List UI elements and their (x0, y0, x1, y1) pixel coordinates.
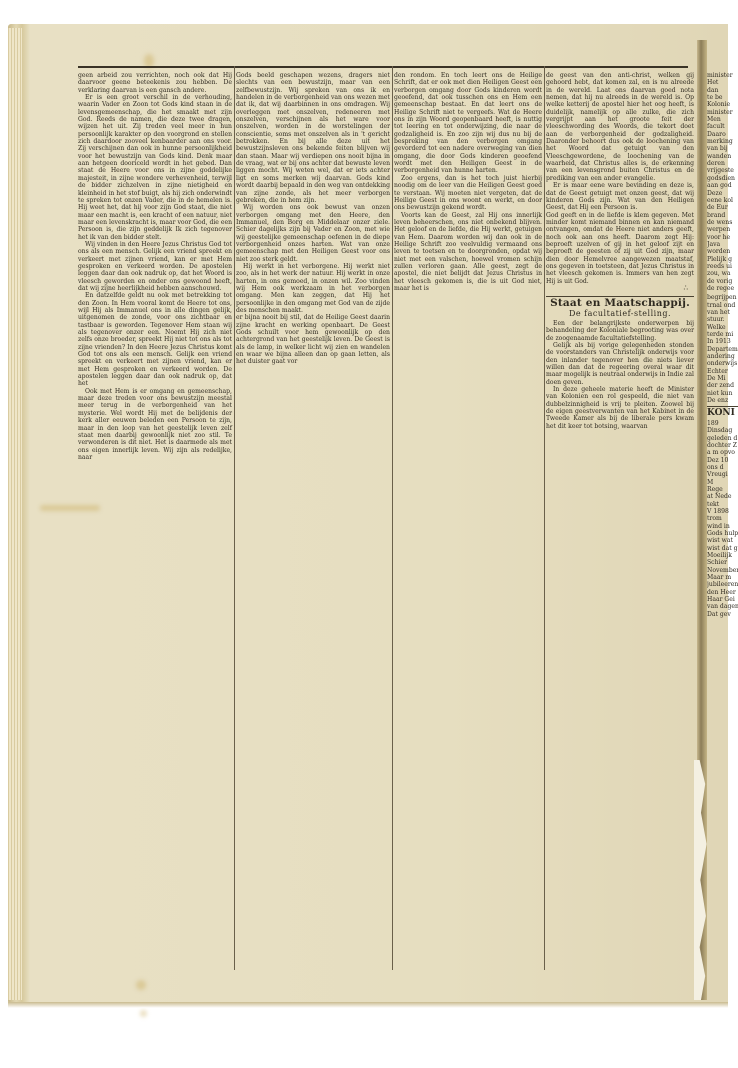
paragraph: Gods beeld geschapen wezens, dragers nie… (236, 72, 390, 204)
column-4: de geest van den anti-christ, welken gij… (546, 72, 694, 430)
page-edges (8, 28, 22, 1000)
section-heading-partial: KONI (707, 406, 738, 417)
paragraph: Ook met Hem is er omgang en gemeenschap,… (78, 388, 232, 461)
stain (136, 980, 146, 990)
column-divider (234, 66, 235, 970)
partial-text-mid: begrijpen trnal ond van het stuur. Welke… (707, 294, 738, 404)
paragraph: Gelijk als bij vorige gelegenheden stond… (546, 342, 694, 386)
paragraph: Wij vinden in den Heere Jezus Christus G… (78, 241, 232, 292)
column-divider (544, 66, 545, 970)
column-5-partial: minister Het dan te be Kolonie minister … (707, 72, 738, 618)
paragraph: de geest van den anti-christ, welken gij… (546, 72, 694, 182)
top-rule (78, 66, 688, 68)
paragraph: Een der belangrijkste onderwerpen bij be… (546, 320, 694, 342)
stain (140, 1010, 147, 1017)
paragraph: Zoo ergens, dan is het toch juist hierbi… (394, 175, 542, 212)
ornament-asterism: ∴ (546, 285, 694, 292)
stain (40, 505, 100, 511)
paragraph: den rondom. En toch leert ons de Heilige… (394, 72, 542, 175)
paragraph: er bijna nooit bij stil, dat de Heilige … (236, 314, 390, 365)
paragraph: Voorts kan de Geest, zal Hij ons innerli… (394, 212, 542, 293)
article-title: De facultatief-stelling. (546, 310, 694, 317)
paragraph: Er is een groot verschil in de verhoudin… (78, 94, 232, 241)
column-1: geen arbeid zou verrichten, noch ook dat… (78, 72, 232, 461)
paragraph: Wij worden ons ook bewust van onzen verb… (236, 204, 390, 263)
section-heading: Staat en Maatschappij. (546, 296, 694, 307)
column-3: den rondom. En toch leert ons de Heilige… (394, 72, 542, 292)
paragraph: In deze geheele materie heeft de Ministe… (546, 386, 694, 430)
paragraph: geen arbeid zou verrichten, noch ook dat… (78, 72, 232, 94)
paragraph: Er is maar eene ware bevinding en deze i… (546, 182, 694, 211)
partial-text-bottom: 189 Dinsdag geleden d dochter Z a m opvo… (707, 420, 738, 618)
paragraph: En datzelfde geldt nu ook met betrekking… (78, 292, 232, 387)
paragraph: Hij werkt in het verborgene. Hij werkt n… (236, 263, 390, 314)
partial-text-top: minister Het dan te be Kolonie minister … (707, 72, 738, 292)
page-bottom-edge (8, 1002, 728, 1008)
column-divider (392, 66, 393, 970)
column-2: Gods beeld geschapen wezens, dragers nie… (236, 72, 390, 366)
paragraph: God geeft en in de liefde is klem gegeve… (546, 212, 694, 285)
